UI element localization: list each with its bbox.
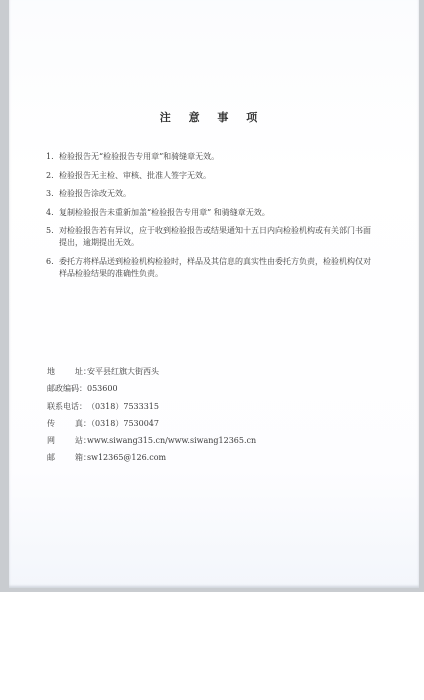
item-text: 检验报告涂改无效。: [59, 188, 376, 200]
document-page: [9, 0, 419, 588]
item-number: 4.: [46, 207, 59, 219]
item-number: 5.: [46, 225, 59, 249]
notice-item-2: 2. 检验报告无主检、审核、批准人签字无效。: [46, 170, 376, 182]
notice-item-4: 4. 复制检验报告未重新加盖“检验报告专用章” 和骑缝章无效。: [46, 207, 376, 219]
notice-item-3: 3. 检验报告涂改无效。: [46, 188, 376, 200]
label: 邮: [47, 452, 75, 464]
item-number: 6.: [46, 256, 59, 280]
contact-fax: 传真：（0318）7530047: [47, 418, 256, 435]
label: 传: [47, 418, 75, 430]
label: 地: [47, 366, 75, 378]
item-text: 检验报告无主检、审核、批准人签字无效。: [59, 170, 376, 182]
item-text: 检验报告无“检验报告专用章”和骑缝章无效。: [59, 151, 376, 163]
item-text: 委托方将样品送到检验机构检验时，样品及其信息的真实性由委托方负责，检验机构仅对样…: [59, 256, 376, 280]
phone-value: （0318）7533315: [87, 402, 159, 411]
label: 联系电话：: [47, 401, 87, 413]
label: 邮政编码：: [47, 383, 87, 395]
contact-info: 地址：安平县红旗大街西头 邮政编码：053600 联系电话：（0318）7533…: [47, 366, 256, 470]
website-value: www.siwang315.cn/www.siwang12365.cn: [87, 436, 256, 445]
notice-item-1: 1. 检验报告无“检验报告专用章”和骑缝章无效。: [46, 151, 376, 163]
fax-value: （0318）7530047: [87, 419, 159, 428]
address-value: 安平县红旗大街西头: [87, 367, 159, 376]
contact-phone: 联系电话：（0318）7533315: [47, 401, 256, 418]
page-title: 注 意 事 项: [0, 109, 424, 125]
item-number: 1.: [46, 151, 59, 163]
item-text: 复制检验报告未重新加盖“检验报告专用章” 和骑缝章无效。: [59, 207, 376, 219]
postcode-value: 053600: [87, 384, 118, 393]
contact-website: 网站：www.siwang315.cn/www.siwang12365.cn: [47, 435, 256, 452]
notice-item-6: 6. 委托方将样品送到检验机构检验时，样品及其信息的真实性由委托方负责，检验机构…: [46, 256, 376, 280]
notice-list: 1. 检验报告无“检验报告专用章”和骑缝章无效。 2. 检验报告无主检、审核、批…: [46, 151, 376, 286]
item-text: 对检验报告若有异议，应于收到检验报告或结果通知十五日内向检验机构或有关部门书面提…: [59, 225, 376, 249]
item-number: 2.: [46, 170, 59, 182]
contact-postcode: 邮政编码：053600: [47, 383, 256, 400]
contact-email: 邮箱：sw12365@126.com: [47, 452, 256, 469]
label: 网: [47, 435, 75, 447]
contact-address: 地址：安平县红旗大街西头: [47, 366, 256, 383]
scanned-page-background: [0, 0, 424, 592]
item-number: 3.: [46, 188, 59, 200]
email-value: sw12365@126.com: [87, 453, 166, 462]
notice-item-5: 5. 对检验报告若有异议，应于收到检验报告或结果通知十五日内向检验机构或有关部门…: [46, 225, 376, 249]
